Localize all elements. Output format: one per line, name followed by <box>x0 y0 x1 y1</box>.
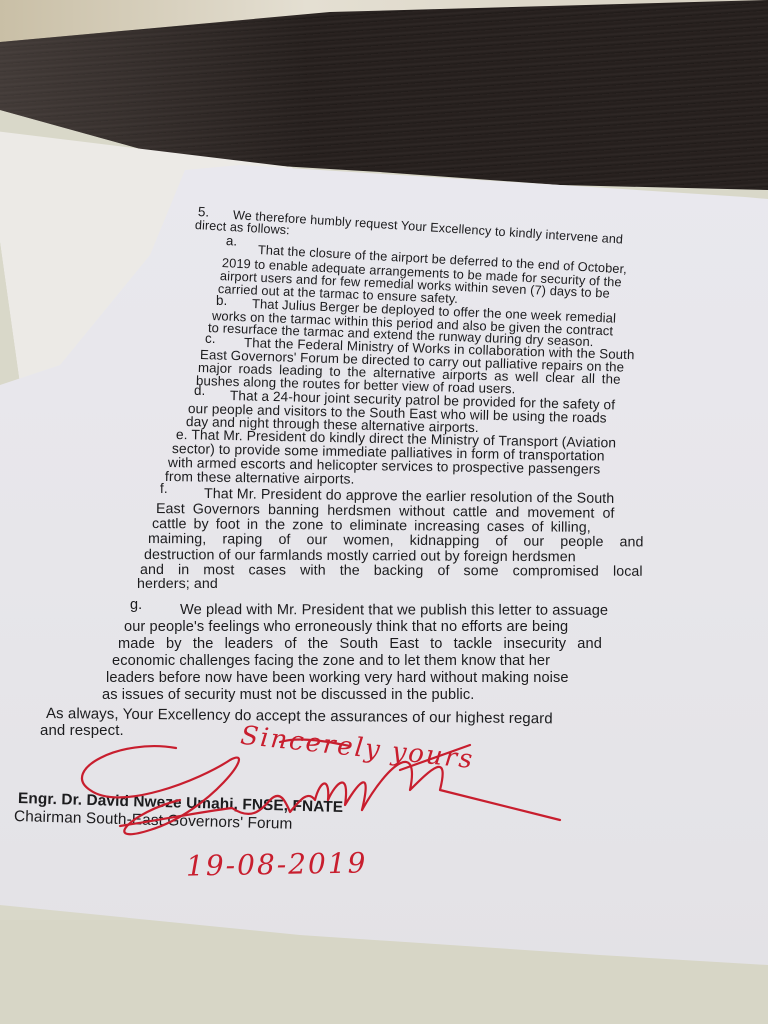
item-label: a. <box>226 233 238 249</box>
item-label: d. <box>194 383 205 398</box>
item-line: from these alternative airports. <box>165 469 355 487</box>
item-line: economic challenges facing the zone and … <box>112 653 550 669</box>
item-line: We plead with Mr. President that we publ… <box>180 602 608 619</box>
item-line: our people's feelings who erroneously th… <box>124 619 568 635</box>
item-line: herders; and <box>137 576 218 592</box>
handwritten-date: 19-08-2019 <box>186 846 368 882</box>
item-line: as issues of security must not be discus… <box>102 687 474 703</box>
item-label: f. <box>160 481 168 496</box>
closing-line: and respect. <box>40 722 124 739</box>
item-label: e. <box>176 427 188 442</box>
item-label: c. <box>205 331 216 346</box>
item-line: made by the leaders of the South East to… <box>118 636 602 652</box>
item-label: b. <box>216 293 227 308</box>
item-label: g. <box>130 597 142 613</box>
item-line: leaders before now have been working ver… <box>106 670 569 686</box>
